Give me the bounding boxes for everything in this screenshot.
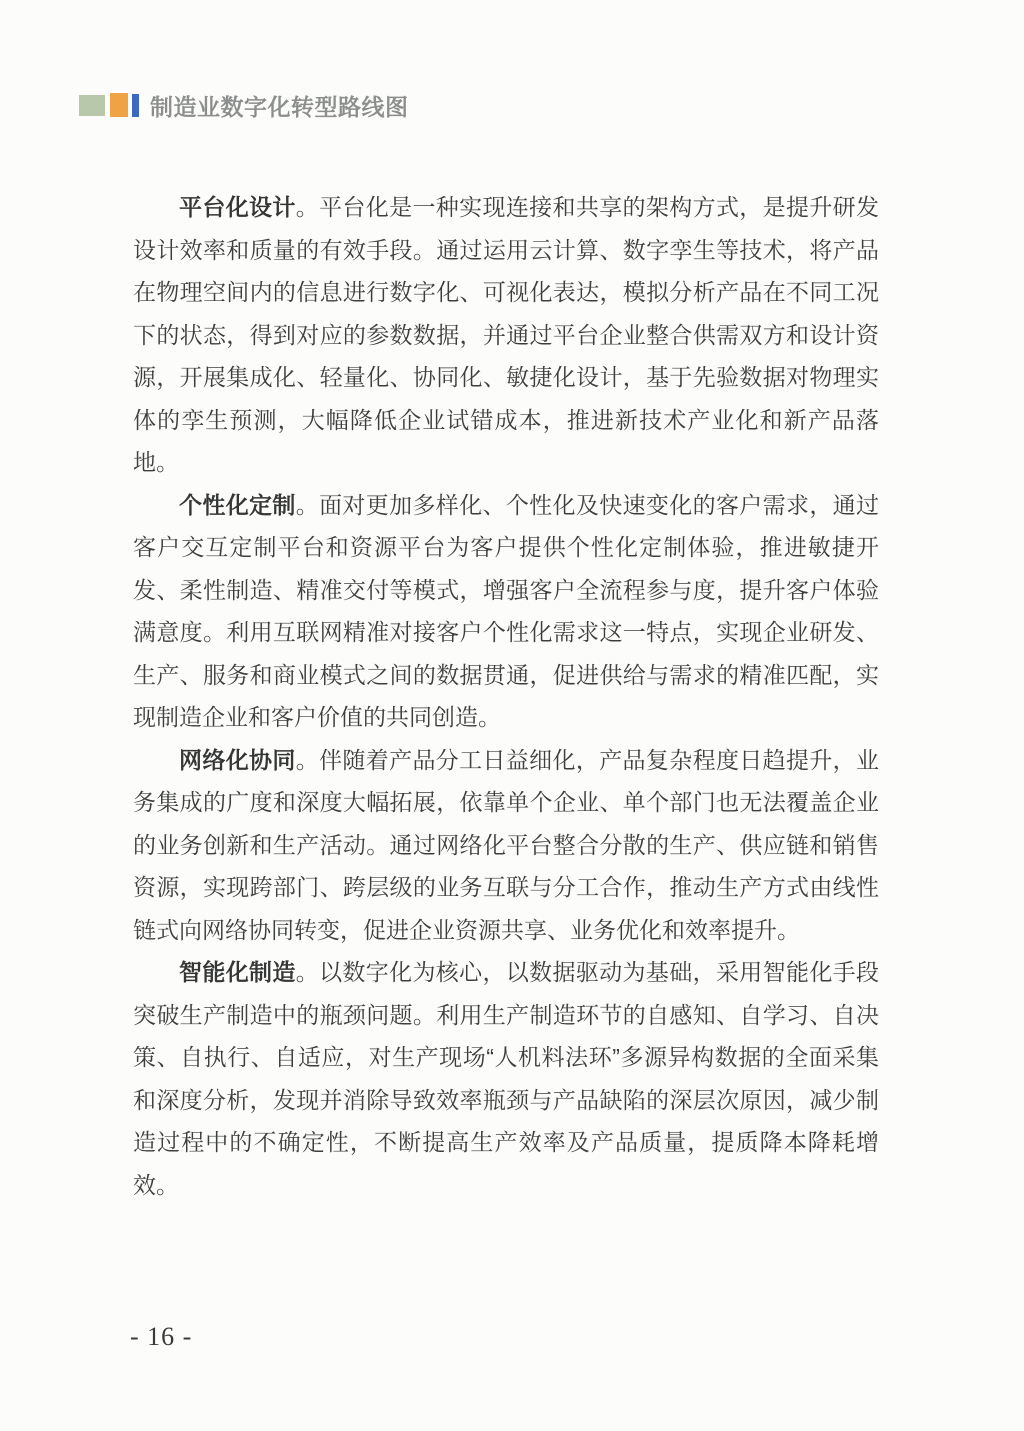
paragraph-intelligent-manufacturing: 智能化制造。以数字化为核心，以数据驱动为基础，采用智能化手段突破生产制造中的瓶颈… — [133, 951, 879, 1206]
header-decor-blue-block — [132, 94, 139, 117]
paragraph-body: 。伴随着产品分工日益细化，产品复杂程度日趋提升，业务集成的广度和深度大幅拓展，依… — [133, 747, 879, 943]
header-title: 制造业数字化转型路线图 — [150, 89, 409, 122]
paragraph-networked-collaboration: 网络化协同。伴随着产品分工日益细化，产品复杂程度日趋提升，业务集成的广度和深度大… — [133, 739, 879, 952]
paragraph-body: 。面对更加多样化、个性化及快速变化的客户需求，通过客户交互定制平台和资源平台为客… — [133, 492, 879, 731]
page-number: - 16 - — [130, 1322, 192, 1352]
paragraph-lead: 智能化制造 — [179, 959, 296, 985]
paragraph-lead: 平台化设计 — [179, 194, 296, 220]
page-header: 制造业数字化转型路线图 — [79, 91, 409, 119]
paragraph-body: 。以数字化为核心，以数据驱动为基础，采用智能化手段突破生产制造中的瓶颈问题。利用… — [133, 959, 879, 1198]
paragraph-lead: 网络化协同 — [179, 747, 296, 773]
body-text: 平台化设计。平台化是一种实现连接和共享的架构方式，是提升研发设计效率和质量的有效… — [133, 186, 879, 1206]
document-page: 制造业数字化转型路线图 平台化设计。平台化是一种实现连接和共享的架构方式，是提升… — [0, 0, 1024, 1431]
header-decor-orange-block — [110, 93, 128, 117]
header-decor-green-block — [79, 95, 105, 116]
paragraph-platform-design: 平台化设计。平台化是一种实现连接和共享的架构方式，是提升研发设计效率和质量的有效… — [133, 186, 879, 484]
paragraph-personalized-customization: 个性化定制。面对更加多样化、个性化及快速变化的客户需求，通过客户交互定制平台和资… — [133, 484, 879, 739]
paragraph-lead: 个性化定制 — [179, 492, 296, 518]
paragraph-body: 。平台化是一种实现连接和共享的架构方式，是提升研发设计效率和质量的有效手段。通过… — [133, 194, 879, 475]
